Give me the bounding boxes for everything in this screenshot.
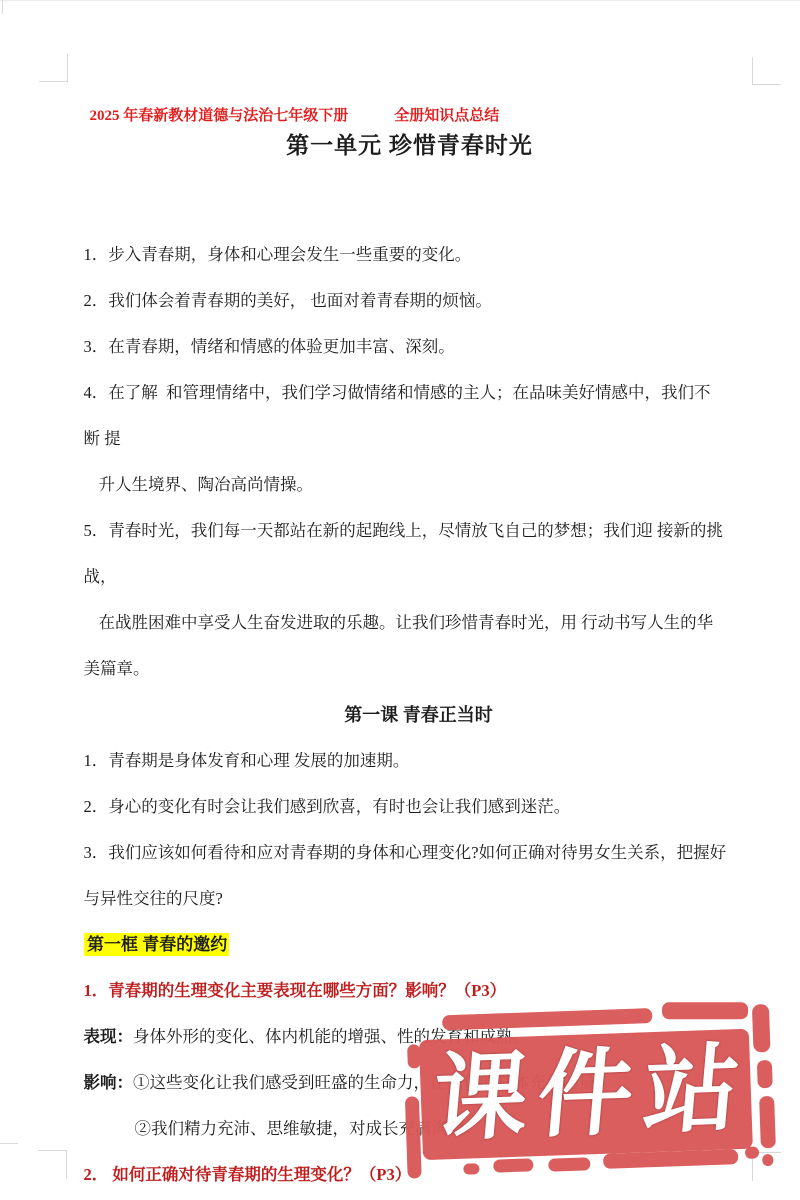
line-text: 战， [84, 567, 117, 586]
line-text: 2． 如何正确对待青春期的生理变化？（P3） [84, 1165, 412, 1184]
line-text: 在战胜困难中享受人生奋发进取的乐趣。让我们珍惜青春时光，用 行动书写人生的华 [99, 613, 714, 632]
line-text: 3．我们应该如何看待和应对青春期的身体和心理变化?如何正确对待男女生关系，把握好 [84, 843, 727, 862]
line-text: 2．我们体会着青春期的美好， 也面对着青春期的烦恼。 [84, 291, 492, 310]
document-lines: 1．步入青春期，身体和心理会发生一些重要的变化。 2．我们体会着青春期的美好， … [67, 186, 752, 1152]
text-line-9: 在战胜困难中享受人生奋发进取的乐趣。让我们珍惜青春时光，用 行动书写人生的华 [67, 554, 752, 600]
stamp-border-stroke [548, 1157, 590, 1171]
line-text: 3．在青春期，情绪和情感的体验更加丰富、深刻。 [84, 337, 455, 356]
line-text: ②我们精力充沛、思维敏捷，对成长充满渴望。 [135, 1119, 482, 1138]
line-text: 断 提 [84, 429, 121, 448]
line-text: 1．青春期的生理变化主要表现在哪些方面？影响？（P3） [84, 981, 507, 1000]
line-text: 与异性交往的尺度? [84, 889, 223, 908]
text-area: 2025 年春新教材道德与法治七年级下册全册知识点总结 第一单元 珍惜青春时光 … [0, 0, 800, 1152]
line-label: 表现： [84, 1027, 134, 1046]
line-text: ①这些变化让我们感受到旺盛的生命力，让我们的身体充满能量。 [133, 1073, 612, 1092]
line-text: 升人生境界、陶冶高尚情操。 [99, 475, 314, 494]
text-boundary-mark-bottom-right [752, 1152, 781, 1181]
line-text: 美篇章。 [84, 659, 150, 678]
text-line-6: 升人生境界、陶冶高尚情操。 [67, 416, 752, 462]
stamp-border-stroke [493, 1158, 533, 1172]
line-text: 2．身心的变化有时会让我们感到欣喜，有时也会让我们感到迷茫。 [84, 797, 571, 816]
stamp-border-stroke [603, 1149, 738, 1169]
document-page: 2025 年春新教材道德与法治七年级下册全册知识点总结 第一单元 珍惜青春时光 … [0, 0, 800, 1200]
line-text: 身体外形的变化、体内机能的增强、性的发育和成熟。 [133, 1027, 529, 1046]
text-boundary-mark-bottom-left [38, 1150, 67, 1179]
text-line-11: 第一课 青春正当时 [67, 646, 752, 692]
document-header: 2025 年春新教材道德与法治七年级下册全册知识点总结 [67, 80, 752, 104]
text-line-1: 1．步入青春期，身体和心理会发生一些重要的变化。 [67, 186, 752, 232]
line-text: 5．青春时光，我们每一天都站在新的起跑线上，尽情放飞自己的梦想；我们迎 接新的挑 [84, 521, 723, 540]
line-text: 1．步入青春期，身体和心理会发生一些重要的变化。 [84, 245, 472, 264]
line-text: 第一课 青春正当时 [344, 705, 493, 725]
line-text: 第一框 青春的邀约 [84, 933, 229, 956]
stamp-border-stroke [463, 1163, 479, 1175]
line-label: 影响： [84, 1073, 134, 1092]
line-text: 1．青春期是身体发育和心理 发展的加速期。 [84, 751, 410, 770]
unit-title: 第一单元 珍惜青春时光 [67, 122, 752, 170]
line-text: 4．在了解 和管理情绪中，我们学习做情绪和情感的主人；在品味美好情感中，我们不 [84, 383, 711, 402]
